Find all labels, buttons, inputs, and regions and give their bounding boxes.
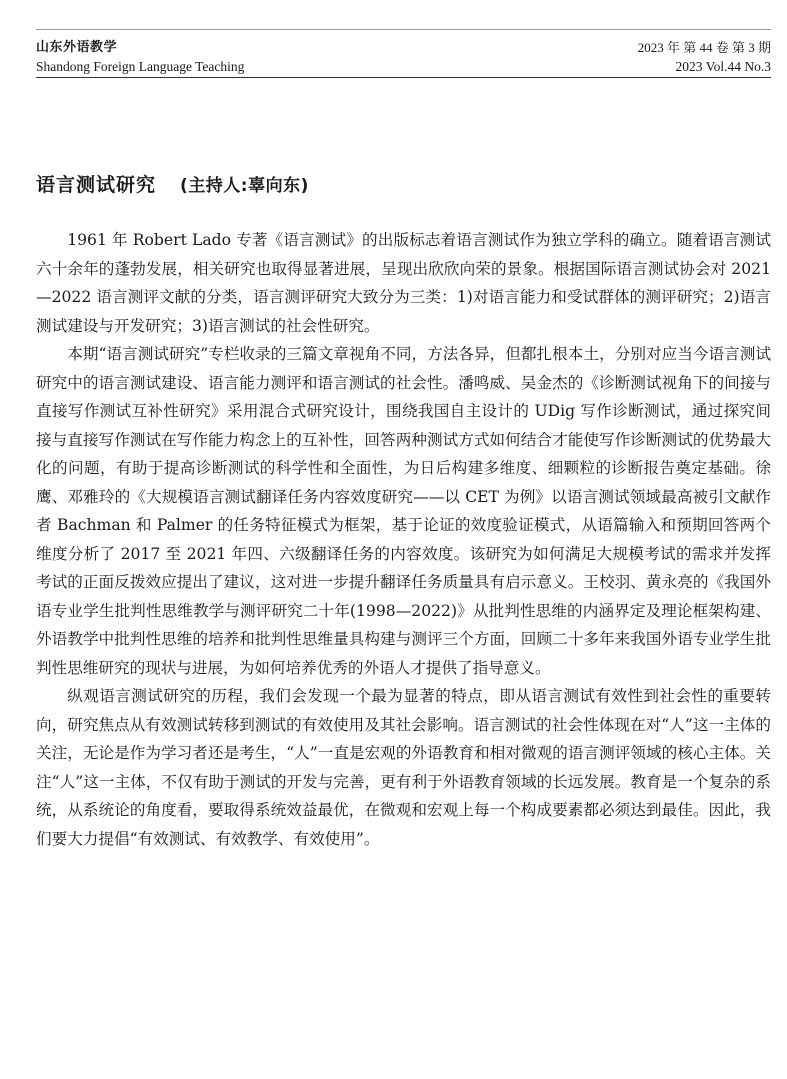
journal-name-cn: 山东外语教学: [36, 38, 244, 57]
header-bottom-rule: [36, 77, 771, 78]
paragraph: 1961 年 Robert Lado 专著《语言测试》的出版标志着语言测试作为独…: [36, 226, 771, 340]
journal-name-en: Shandong Foreign Language Teaching: [36, 57, 244, 76]
issue-info-en: 2023 Vol.44 No.3: [638, 57, 771, 76]
issue-info-block: 2023 年 第 44 卷 第 3 期 2023 Vol.44 No.3: [638, 38, 771, 76]
issue-info-cn: 2023 年 第 44 卷 第 3 期: [638, 38, 771, 57]
article-body: 1961 年 Robert Lado 专著《语言测试》的出版标志着语言测试作为独…: [36, 226, 771, 853]
header-top-rule: [36, 29, 771, 30]
section-title: 语言测试研究: [36, 174, 156, 196]
section-heading: 语言测试研究(主持人:辜向东): [36, 170, 309, 197]
paragraph: 纵观语言测试研究的历程，我们会发现一个最为显著的特点，即从语言测试有效性到社会性…: [36, 682, 771, 853]
paragraph: 本期“语言测试研究”专栏收录的三篇文章视角不同，方法各异，但都扎根本土，分别对应…: [36, 340, 771, 682]
section-host: (主持人:辜向东): [180, 176, 309, 196]
journal-name-block: 山东外语教学 Shandong Foreign Language Teachin…: [36, 38, 244, 76]
